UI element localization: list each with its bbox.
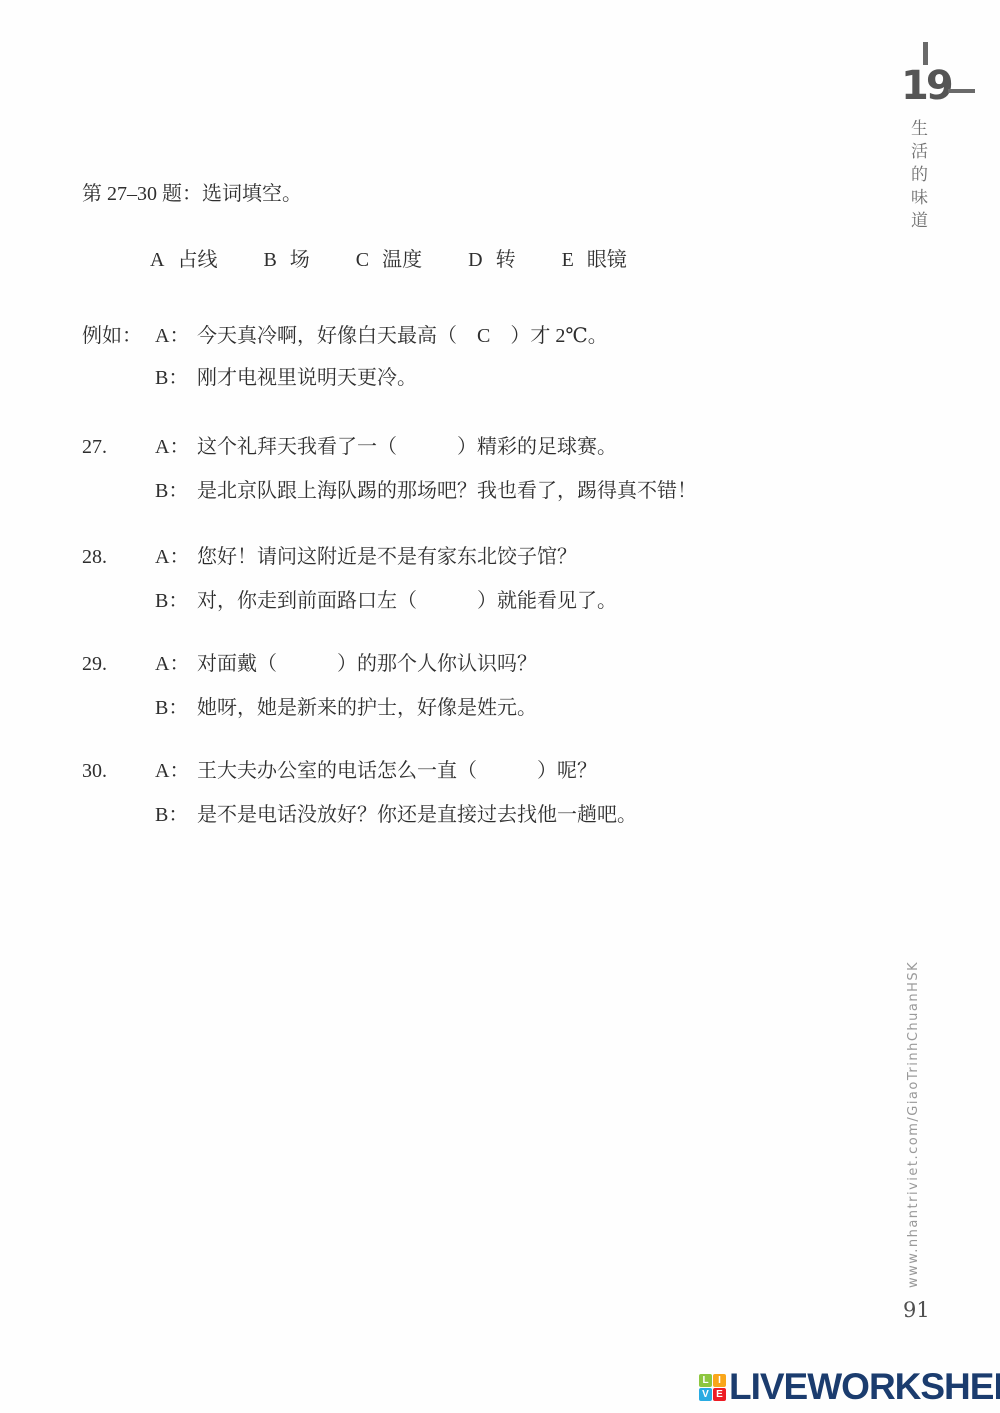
option-letter: D xyxy=(468,246,482,274)
page-number: 91 xyxy=(903,1298,930,1322)
liveworksheets-logo: L I V E LIVEWORKSHEETS xyxy=(699,1366,1000,1408)
question-27-line-b: B： 是北京队跟上海队踢的那场吧？我也看了，踢得真不错！ xyxy=(82,477,697,505)
option-word: 眼镜 xyxy=(587,246,627,274)
speaker-a-label: A： xyxy=(155,543,192,571)
speaker-b-label: B： xyxy=(155,587,192,615)
speaker-a-label: A： xyxy=(155,757,192,785)
question-30-line-b: B： 是不是电话没放好？你还是直接过去找他一趟吧。 xyxy=(82,801,637,829)
option-letter: E xyxy=(562,246,574,274)
question-number: 30. xyxy=(82,757,150,785)
example-line-b: B： 刚才电视里说明天更冷。 xyxy=(82,364,417,392)
word-bank: A 占线 B 场 C 温度 D 转 E 眼镜 xyxy=(150,246,627,274)
chapter-dash-mark xyxy=(948,89,975,93)
liveworksheets-wordmark: LIVEWORKSHEETS xyxy=(729,1366,1000,1408)
liveworksheets-logo-icon: L I V E xyxy=(699,1374,726,1401)
speaker-b-label: B： xyxy=(155,801,192,829)
speaker-b-label: B： xyxy=(155,694,192,722)
option-letter: C xyxy=(356,246,369,274)
question-number: 27. xyxy=(82,433,150,461)
speaker-b-label: B： xyxy=(155,477,192,505)
dialogue-text: 刚才电视里说明天更冷。 xyxy=(197,367,417,389)
word-bank-item: A 占线 xyxy=(150,246,217,274)
question-28-line-b: B： 对，你走到前面路口左（ ）就能看见了。 xyxy=(82,587,617,615)
question-28-line-a: 28. A： 您好！请问这附近是不是有家东北饺子馆？ xyxy=(82,543,577,571)
option-word: 转 xyxy=(496,246,516,274)
dialogue-text: 对面戴（ ）的那个人你认识吗？ xyxy=(197,653,537,675)
chapter-number: 19 xyxy=(901,64,951,108)
speaker-b-label: B： xyxy=(155,364,192,392)
question-29-line-b: B： 她呀，她是新来的护士，好像是姓元。 xyxy=(82,694,537,722)
chapter-title-vertical: 生活的味道 xyxy=(905,119,930,234)
dialogue-text: 这个礼拜天我看了一（ ）精彩的足球赛。 xyxy=(197,436,617,458)
dialogue-text: 是不是电话没放好？你还是直接过去找他一趟吧。 xyxy=(197,804,637,826)
dialogue-text: 您好！请问这附近是不是有家东北饺子馆？ xyxy=(197,546,577,568)
speaker-a-label: A： xyxy=(155,433,192,461)
logo-tile-l: L xyxy=(699,1374,712,1387)
word-bank-item: B 场 xyxy=(263,246,309,274)
dialogue-text: 她呀，她是新来的护士，好像是姓元。 xyxy=(197,697,537,719)
exercise-title: 第 27–30 题：选词填空。 xyxy=(82,180,302,208)
word-bank-item: D 转 xyxy=(468,246,515,274)
option-letter: A xyxy=(150,246,164,274)
question-29-line-a: 29. A： 对面戴（ ）的那个人你认识吗？ xyxy=(82,650,537,678)
option-word: 占线 xyxy=(177,246,217,274)
word-bank-item: E 眼镜 xyxy=(562,246,627,274)
option-letter: B xyxy=(263,246,276,274)
logo-tile-i: I xyxy=(713,1374,726,1387)
dialogue-text: 对，你走到前面路口左（ ）就能看见了。 xyxy=(197,590,617,612)
question-number: 29. xyxy=(82,650,150,678)
speaker-a-label: A： xyxy=(155,650,192,678)
option-word: 场 xyxy=(290,246,310,274)
logo-tile-e: E xyxy=(713,1388,726,1401)
word-bank-item: C 温度 xyxy=(356,246,422,274)
dialogue-text: 是北京队跟上海队踢的那场吧？我也看了，踢得真不错！ xyxy=(197,480,697,502)
dialogue-text: 王大夫办公室的电话怎么一直（ ）呢？ xyxy=(197,760,597,782)
option-word: 温度 xyxy=(382,246,422,274)
logo-tile-v: V xyxy=(699,1388,712,1401)
dialogue-text: 今天真冷啊，好像白天最高（ C ）才 2℃。 xyxy=(197,325,608,347)
question-30-line-a: 30. A： 王大夫办公室的电话怎么一直（ ）呢？ xyxy=(82,757,597,785)
speaker-a-label: A： xyxy=(155,322,192,350)
example-label: 例如： xyxy=(82,322,150,350)
chapter-tick-mark xyxy=(923,42,928,65)
question-number: 28. xyxy=(82,543,150,571)
website-url-vertical: www.nhantriviet.com/GiaoTrinhChuanHSK xyxy=(906,990,921,1288)
question-27-line-a: 27. A： 这个礼拜天我看了一（ ）精彩的足球赛。 xyxy=(82,433,617,461)
example-line-a: 例如： A： 今天真冷啊，好像白天最高（ C ）才 2℃。 xyxy=(82,322,608,350)
worksheet-page: 19 生活的味道 第 27–30 题：选词填空。 A 占线 B 场 C 温度 D… xyxy=(0,0,1000,1413)
